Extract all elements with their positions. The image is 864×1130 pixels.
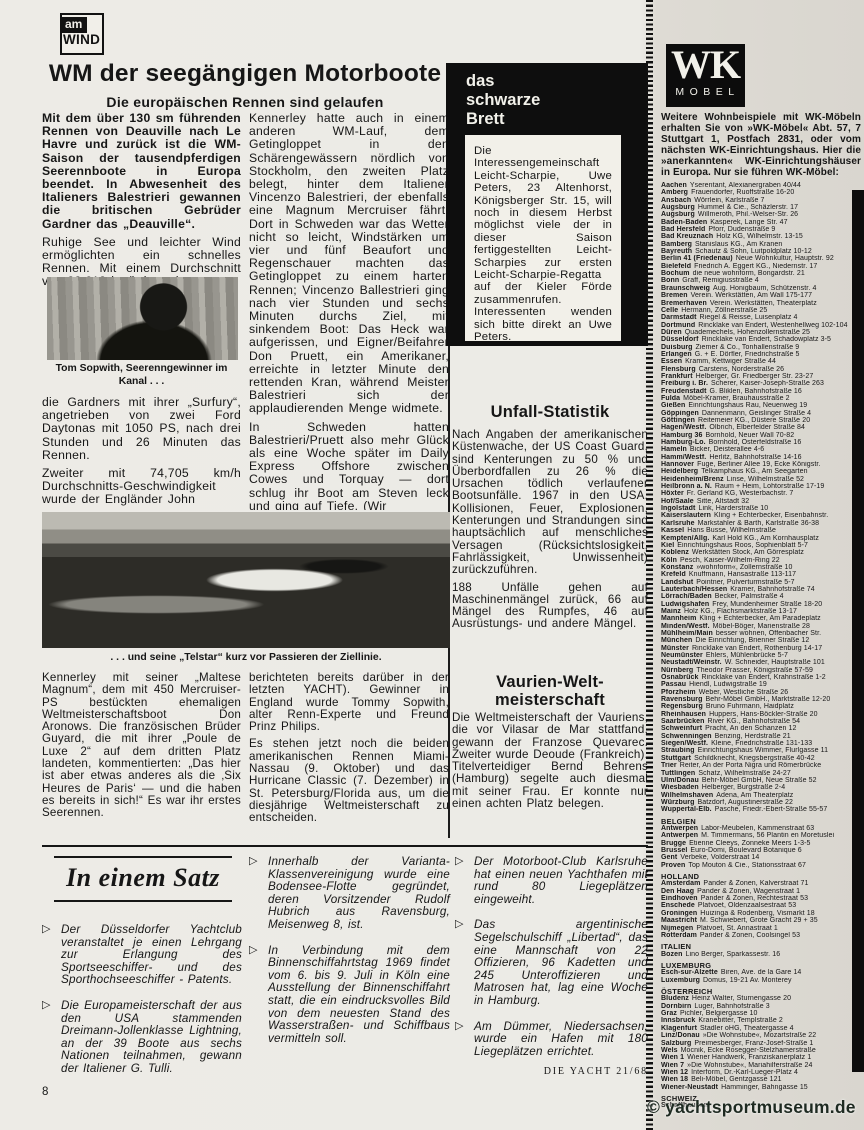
ad-dealer-city: Wien 18 bbox=[661, 1076, 688, 1083]
ad-dealer-entry: BozenLino Berger, Sparkassestr. 16 bbox=[661, 951, 864, 958]
magazine-page: am WIND WM der seegängigen Motorboote Di… bbox=[0, 0, 864, 1130]
ad-dealer-address: Benzing, Herdstraße 21 bbox=[715, 733, 791, 740]
ad-dealer-address: Kramm, Kettwiger Straße 44 bbox=[685, 358, 776, 365]
ad-dealer-city: Minden/Westf. bbox=[661, 623, 710, 630]
article-column-1-lower: Kennerley mit seiner „Maltese Magnum“, d… bbox=[42, 672, 241, 820]
news-column-2: ▷Innerhalb der Varianta-Klassenvereinigu… bbox=[249, 856, 450, 1058]
ad-dealer-city: Bamberg bbox=[661, 241, 692, 248]
ad-dealer-address: Herlitz, Bahnhofstraße 14-16 bbox=[709, 454, 801, 461]
ad-dealer-address: Möbel-Kramer, Brauhausstraße 2 bbox=[683, 395, 790, 402]
ad-dealer-entry: RheinhausenHuppers, Hans-Böckler-Straße … bbox=[661, 711, 864, 718]
article-column-1: Mit dem über 130 sm führenden Rennen von… bbox=[42, 112, 241, 289]
ad-dealer-entry: FlensburgCarstens, Norderstraße 26 bbox=[661, 366, 864, 373]
ad-dealer-entry: AntwerpenM. Timmermans, 56 Plantin en Mo… bbox=[661, 832, 864, 839]
ad-dealer-entry: WürzburgBatzdorf, Augustinerstraße 22 bbox=[661, 799, 864, 806]
ad-dealer-address: Helberger, Burgstraße 2-4 bbox=[702, 784, 785, 791]
ad-dealer-address: Hummel & Cie., Schäzlerstr. 17 bbox=[698, 204, 798, 211]
wk-logo-subtext: MOBEL bbox=[666, 86, 745, 98]
ad-dealer-city: Düsseldorf bbox=[661, 336, 699, 343]
ad-dealer-city: München bbox=[661, 637, 692, 644]
ad-dealer-city: Darmstadt bbox=[661, 314, 697, 321]
ad-dealer-address: Bornhold, Osterfeldstraße 16 bbox=[709, 439, 802, 446]
ad-dealer-address: Knuffmann, Hansastraße 113-117 bbox=[689, 571, 796, 578]
ad-dealer-entry: Hamburg-Lo.Bornhold, Osterfeldstraße 16 bbox=[661, 439, 864, 446]
ad-dealer-address: Quademechels, Hohenzollernstraße 25 bbox=[685, 329, 810, 336]
ad-dealer-entry: KlagenfurtStadler oHG, Theatergasse 4 bbox=[661, 1025, 864, 1032]
ad-country-header: ITALIEN bbox=[661, 943, 864, 950]
ad-dealer-address: Kling + Echterbecker, Eisenbahnstr. bbox=[714, 512, 828, 519]
ad-dealer-city: Maastricht bbox=[661, 917, 697, 924]
ad-dealer-city: Lauterbach/Hessen bbox=[661, 586, 727, 593]
ad-dealer-city: Hof/Saale bbox=[661, 498, 694, 505]
article-title: WM der seegängigen Motorboote bbox=[42, 60, 448, 87]
ad-country-header: LUXEMBURG bbox=[661, 962, 864, 969]
ad-dealer-city: Schwenningen bbox=[661, 733, 712, 740]
photo2-caption: . . . und seine „Telstar“ kurz vor Passi… bbox=[42, 652, 450, 665]
ad-dealer-entry: Bad KreuznachHolz KG, Wilhelmstr. 13-15 bbox=[661, 233, 864, 240]
article-paragraph: Es stehen jetzt noch die beiden amerikan… bbox=[249, 738, 449, 824]
ad-dealer-city: Neustadt/Weinstr. bbox=[661, 659, 722, 666]
ad-dealer-address: Rincklake van Endert, Schadowplatz 3-5 bbox=[702, 336, 831, 343]
tom-sopwith-photo bbox=[47, 277, 238, 360]
ad-dealer-city: Innsbruck bbox=[661, 1017, 695, 1024]
ad-dealer-address: W. Schneider, Hauptstraße 101 bbox=[725, 659, 825, 666]
ad-dealer-address: Die Einrichtung, Brienner Straße 12 bbox=[695, 637, 809, 644]
ad-dealer-address: Stanislaus KG., Am Kranen bbox=[695, 241, 782, 248]
ad-dealer-address: M. Timmermans, 56 Plantin en Moretuslei bbox=[701, 832, 834, 839]
news-item-text: Der Düsseldorfer Yachtclub veranstaltet … bbox=[61, 923, 242, 986]
ad-dealer-entry: LandshutPointner, Pulverturmstraße 5-7 bbox=[661, 579, 864, 586]
ad-dealer-address: Riegel & Reisse, Luisenplatz 4 bbox=[700, 314, 798, 321]
am-wind-logo: am WIND bbox=[60, 13, 104, 55]
ad-dealer-address: Hiendl, Ludwigstraße 19 bbox=[689, 681, 767, 688]
ad-dealer-address: Pforr, Dudenstraße 9 bbox=[708, 226, 775, 233]
ad-dealer-city: Hannover bbox=[661, 461, 694, 468]
article-paragraph: In Schweden hatten Balestrieri/Pruett al… bbox=[249, 421, 449, 510]
ad-dealer-city: Flensburg bbox=[661, 366, 696, 373]
ad-dealer-city: Erlangen bbox=[661, 351, 692, 358]
ad-dealer-entry: RavensburgBehr-Möbel GmbH., Marktstraße … bbox=[661, 696, 864, 703]
ad-dealer-entry: InnsbruckKranebitter, Templstraße 2 bbox=[661, 1017, 864, 1024]
ad-dealer-entry: GrazPichler, Belgiergasse 10 bbox=[661, 1010, 864, 1017]
news-item: ▷Innerhalb der Varianta-Klassenvereinigu… bbox=[249, 856, 450, 932]
ad-dealer-entry: Baden-BadenKasperek, Lange Str. 47 bbox=[661, 219, 864, 226]
ad-dealer-city: Trier bbox=[661, 762, 677, 769]
ad-dealer-city: Kassel bbox=[661, 527, 684, 534]
ad-dealer-entry: StraubingEinrichtungshaus Wimmer, Flurlg… bbox=[661, 747, 864, 754]
unfall-statistik-body: Nach Angaben der amerikanischen Küstenwa… bbox=[452, 429, 648, 631]
ad-dealer-city: Köln bbox=[661, 557, 677, 564]
article-paragraph-lead: Mit dem über 130 sm führenden Rennen von… bbox=[42, 112, 241, 231]
ad-dealer-city: Krefeld bbox=[661, 571, 686, 578]
ad-dealer-address: Kramer, Bahnhofstraße 74 bbox=[730, 586, 815, 593]
ad-dealer-city: Wien 1 bbox=[661, 1054, 684, 1061]
ad-dealer-entry: DürenQuademechels, Hohenzollernstraße 25 bbox=[661, 329, 864, 336]
ad-dealer-address: Telkamphaus KG., Am Seegarten bbox=[701, 468, 807, 475]
ad-dealer-city: Hagen/Westf. bbox=[661, 424, 706, 431]
article-paragraph: Kennerley mit seiner „Maltese Magnum“, d… bbox=[42, 672, 241, 820]
ad-dealer-address: Domus, 19-21 Av. Monterey bbox=[703, 977, 792, 984]
ad-dealer-city: Dornbirn bbox=[661, 1003, 691, 1010]
ad-dealer-entry: IngolstadtLink, Harderstraße 10 bbox=[661, 505, 864, 512]
ad-dealer-entry: AnsbachWörrlein, Karlstraße 7 bbox=[661, 197, 864, 204]
ad-dealer-entry: KarlsruheMarkstahler & Barth, Karlstraße… bbox=[661, 520, 864, 527]
ad-dealer-entry: SaarbrückenRiver KG., Bahnhofstraße 54 bbox=[661, 718, 864, 725]
ad-dealer-city: Wiener-Neustadt bbox=[661, 1084, 718, 1091]
ad-dealer-entry: Siegen/Westf.Kleine, Friedrichstraße 131… bbox=[661, 740, 864, 747]
ad-dealer-address: Olbrich, Elberfelder Straße 84 bbox=[709, 424, 805, 431]
ad-dealer-entry: GöttingenReitemeier KG., Düstere Straße … bbox=[661, 417, 864, 424]
ad-dealer-address: »Die Wohnstube«, Mariahilferstraße 24 bbox=[687, 1062, 812, 1069]
ad-dealer-city: Braunschweig bbox=[661, 285, 710, 292]
news-item: ▷Am Dümmer, Niedersachsen, wurde ein Haf… bbox=[455, 1021, 648, 1059]
ad-dealer-city: Wels bbox=[661, 1047, 678, 1054]
ad-dealer-address: Möbel-Böger, Marienstraße 28 bbox=[713, 623, 810, 630]
ad-dealer-entry: SalzburgPreimesberger, Franz-Josef-Straß… bbox=[661, 1040, 864, 1047]
ad-dealer-city: Dortmund bbox=[661, 322, 695, 329]
ad-dealer-entry: Kempten/Allg.Karl Hold KG., Am Kornhausp… bbox=[661, 535, 864, 542]
ad-dealer-entry: NürnbergTheodor Prasser, Königstraße 57-… bbox=[661, 667, 864, 674]
ad-dealer-entry: LudwigshafenFrey, Mundenheimer Straße 18… bbox=[661, 601, 864, 608]
ad-dealer-city: Celle bbox=[661, 307, 678, 314]
ad-dealer-entry: MünsterRincklake van Endert, Rothenburg … bbox=[661, 645, 864, 652]
ad-dealer-entry: GentVerbeke, Volderstraat 14 bbox=[661, 854, 864, 861]
ad-dealer-address: Euro-Domi, Boulevard Botanique 6 bbox=[690, 847, 801, 854]
ad-dealer-entry: EindhovenPander & Zonen, Rechtestraat 53 bbox=[661, 895, 864, 902]
ad-dealer-entry: Heilbronn a. N.Raum + Heim, Lohtorstraße… bbox=[661, 483, 864, 490]
ad-dealer-city: Bochum bbox=[661, 270, 690, 277]
ad-dealer-entry: Berlin 41 (Friedenau)Neue Wohnkultur, Ha… bbox=[661, 255, 864, 262]
ad-dealer-address: Carstens, Norderstraße 26 bbox=[699, 366, 784, 373]
ad-dealer-city: Bayreuth bbox=[661, 248, 692, 255]
ad-dealer-entry: KasselHans Busse, Wilhelmstraße bbox=[661, 527, 864, 534]
ad-dealer-entry: DüsseldorfRincklake van Endert, Schadowp… bbox=[661, 336, 864, 343]
section-divider bbox=[42, 845, 648, 847]
article-column-1-continued: die Gardners mit ihrer „Surfury“, angetr… bbox=[42, 396, 241, 507]
wk-moebel-logo: WK MOBEL bbox=[666, 44, 745, 107]
ad-dealer-entry: AntwerpenLabor-Meubelen, Kammenstraat 63 bbox=[661, 825, 864, 832]
ad-dealer-city: Freiburg i. Br. bbox=[661, 380, 708, 387]
triangle-bullet-icon: ▷ bbox=[249, 855, 258, 868]
ad-dealer-city: Nürnberg bbox=[661, 667, 693, 674]
news-item: ▷In Verbindung mit dem Binnenschiffahrts… bbox=[249, 945, 450, 1046]
ad-dealer-city: Salzburg bbox=[661, 1040, 691, 1047]
ad-dealer-city: Koblenz bbox=[661, 549, 689, 556]
ad-dealer-entry: Bad HersfeldPforr, Dudenstraße 9 bbox=[661, 226, 864, 233]
ad-dealer-address: Heinz Walter, Sturnengasse 20 bbox=[692, 995, 791, 1002]
ad-dealer-entry: AmbergFrauendorfer, Ruoffstraße 16-20 bbox=[661, 189, 864, 196]
ad-dealer-address: Dannenmann, Geislinger Straße 4 bbox=[702, 410, 811, 417]
ad-dealer-city: Kempten/Allg. bbox=[661, 535, 709, 542]
ad-dealer-entry: GießenEinrichtungshaus Rau, Neuenweg 19 bbox=[661, 402, 864, 409]
ad-dealer-city: Mühlheim/Main bbox=[661, 630, 713, 637]
ad-dealer-city: Göppingen bbox=[661, 410, 699, 417]
ad-dealer-address: Behr-Möbel GmbH, Neue Straße 52 bbox=[702, 777, 817, 784]
ad-dealer-entry: KrefeldKnuffmann, Hansastraße 113-117 bbox=[661, 571, 864, 578]
ad-dealer-address: Pracht, An den Schanzen 12 bbox=[705, 725, 796, 732]
ad-dealer-entry: ProvenTop Mouton & Cie., Stationsstraat … bbox=[661, 862, 864, 869]
ad-dealer-address: Bruno Fuhrmann, Haidplatz bbox=[706, 703, 794, 710]
ad-dealer-city: Bonn bbox=[661, 277, 679, 284]
ad-dealer-address: Pesch, Kaiser-Wilhelm-Ring 22 bbox=[680, 557, 780, 564]
ad-dealer-address: Werkstätten Stock, Am Görresplatz bbox=[692, 549, 804, 556]
ad-dealer-address: Kling + Echterbecker, Am Paradeplatz bbox=[699, 615, 820, 622]
ad-dealer-city: Bludenz bbox=[661, 995, 689, 1002]
ad-dealer-city: Amberg bbox=[661, 189, 688, 196]
ad-dealer-address: Fr. Gerland KG, Westerbachstr. 7 bbox=[687, 490, 794, 497]
ad-dealer-city: Bozen bbox=[661, 951, 683, 958]
ad-dealer-city: Ansbach bbox=[661, 197, 691, 204]
ad-dealer-entry: AugsburgHummel & Cie., Schäzlerstr. 17 bbox=[661, 204, 864, 211]
ad-dealer-address: Reitemeier KG., Düstere Straße 20 bbox=[698, 417, 810, 424]
ad-dealer-entry: BielefeldFriedrich A. Eggert KG., Nieder… bbox=[661, 263, 864, 270]
vaurien-title: Vaurien-Welt- meisterschaft bbox=[452, 674, 648, 709]
ad-dealer-address: Neue Wohnkultur, Hauptstr. 92 bbox=[736, 255, 834, 262]
news-item: ▷Der Düsseldorfer Yachtclub veranstaltet… bbox=[42, 924, 242, 987]
ad-dealer-address: Pichler, Belgiergasse 10 bbox=[680, 1010, 758, 1017]
ad-dealer-entry: LuxemburgDomus, 19-21 Av. Monterey bbox=[661, 977, 864, 984]
ad-dealer-address: Lino Berger, Sparkassestr. 16 bbox=[686, 951, 781, 958]
ad-dealer-address: Kleine, Friedrichstraße 131-133 bbox=[711, 740, 812, 747]
page-number: 8 bbox=[42, 1086, 48, 1098]
ad-dealer-city: Wiesbaden bbox=[661, 784, 699, 791]
ad-dealer-entry: Hagen/Westf.Olbrich, Elberfelder Straße … bbox=[661, 424, 864, 431]
ad-dealer-address: Theodor Prasser, Königstraße 57-59 bbox=[696, 667, 813, 674]
ad-dealer-address: Pander & Zonen, Rechtestraat 53 bbox=[701, 895, 808, 902]
ad-dealer-city: Augsburg bbox=[661, 204, 695, 211]
ad-dealer-address: Wörrlein, Karlstraße 7 bbox=[694, 197, 764, 204]
ad-dealer-address: Ehlers, Mühlenbrücke 5-7 bbox=[706, 652, 788, 659]
ad-dealer-city: Proven bbox=[661, 862, 685, 869]
ad-dealer-address: Luger, Bahnhofstraße 3 bbox=[694, 1003, 769, 1010]
ad-dealer-entry: KielEinrichtungshaus Roos, Sophienblatt … bbox=[661, 542, 864, 549]
news-item-text: In Verbindung mit dem Binnenschiffahrtst… bbox=[268, 944, 450, 1045]
ad-dealer-entry: BremerhavenVerein. Werkstätten, Theaterp… bbox=[661, 300, 864, 307]
am-wind-logo-bottom: WIND bbox=[62, 33, 102, 47]
ad-dealer-address: Frey, Mundenheimer Straße 18-20 bbox=[712, 601, 822, 608]
ad-dealer-city: Brussel bbox=[661, 847, 687, 854]
page-edge-bar bbox=[852, 190, 864, 1072]
article-paragraph: Nach Angaben der amerikanischen Küstenwa… bbox=[452, 429, 648, 577]
ad-dealer-address: Pander & Zonen, Coolsingel 53 bbox=[700, 932, 800, 939]
ad-dealer-address: Adena, Am Theaterplatz bbox=[716, 792, 793, 799]
ad-dealer-address: Wiener Handwerk, Franziskanerplatz 1 bbox=[687, 1054, 811, 1061]
ad-dealer-address: River KG., Bahnhofstraße 54 bbox=[708, 718, 801, 725]
ad-dealer-address: Rincklake van Endert, Westenhellweg 102-… bbox=[698, 322, 847, 329]
ad-dealer-city: Wilhelmshaven bbox=[661, 792, 713, 799]
in-einem-satz-box: In einem Satz bbox=[54, 856, 232, 902]
ad-dealer-address: Friedrich A. Eggert KG., Niedernstr. 17 bbox=[694, 263, 817, 270]
ad-dealer-address: Pander & Zonen, Wagenstraat 1 bbox=[697, 888, 800, 895]
ad-dealer-city: Göttingen bbox=[661, 417, 695, 424]
ad-dealer-address: Mocnik, Ecke Rosegger-Stelzhamerstraße bbox=[681, 1047, 816, 1054]
news-item-text: Die Europameisterschaft der aus den USA … bbox=[61, 999, 242, 1075]
ad-dealer-entry: Wien 12Interform, Dr.-Karl-Lueger-Platz … bbox=[661, 1069, 864, 1076]
schwarzes-brett-body: Die Interessengemeinschaft Leicht-Scharp… bbox=[474, 145, 612, 344]
article-column-2: Kennerley hatte auch in einem anderen WM… bbox=[249, 112, 449, 510]
wk-logo-text: WK bbox=[666, 44, 745, 86]
ad-dealer-city: Neumünster bbox=[661, 652, 703, 659]
ad-dealer-entry: AachenYserentant, Alexianergraben 40/44 bbox=[661, 182, 864, 189]
triangle-bullet-icon: ▷ bbox=[42, 923, 51, 936]
ad-dealer-entry: KoblenzWerkstätten Stock, Am Görresplatz bbox=[661, 549, 864, 556]
ad-dealer-city: Eindhoven bbox=[661, 895, 698, 902]
ad-dealer-entry: KölnPesch, Kaiser-Wilhelm-Ring 22 bbox=[661, 557, 864, 564]
ad-dealer-entry: MünchenDie Einrichtung, Brienner Straße … bbox=[661, 637, 864, 644]
ad-dealer-address: Preimesberger, Franz-Josef-Straße 1 bbox=[694, 1040, 813, 1047]
ad-dealer-entry: NeumünsterEhlers, Mühlenbrücke 5-7 bbox=[661, 652, 864, 659]
unfall-statistik-title: Unfall-Statistik bbox=[452, 404, 648, 422]
ad-dealer-entry: BambergStanislaus KG., Am Kranen bbox=[661, 241, 864, 248]
ad-dealer-entry: BraunschweigAug. Honigbaum, Schützenstr.… bbox=[661, 285, 864, 292]
ad-dealer-entry: BayreuthSchautz & Sohn, Luitpoldplatz 10… bbox=[661, 248, 864, 255]
ad-dealer-address: Verein. Werkstätten, Am Wall 175-177 bbox=[691, 292, 813, 299]
ad-dealer-city: Ludwigshafen bbox=[661, 601, 709, 608]
ad-dealer-entry: BrusselEuro-Domi, Boulevard Botanique 6 bbox=[661, 847, 864, 854]
ad-dealer-city: Kaiserslautern bbox=[661, 512, 711, 519]
ad-dealer-address: Weber, Westliche Straße 26 bbox=[699, 689, 789, 696]
ad-dealer-city: Frankfurt bbox=[661, 373, 693, 380]
ad-dealer-entry: WiesbadenHelberger, Burgstraße 2-4 bbox=[661, 784, 864, 791]
ad-dealer-address: Einrichtungshaus Roos, Sophienblatt 5-7 bbox=[677, 542, 808, 549]
ad-dealer-address: Platvoet, Oldenzaalsestraat 53 bbox=[698, 902, 796, 909]
ad-dealer-entry: FrankfurtHelberger, Gr. Friedberger Str.… bbox=[661, 373, 864, 380]
ad-dealer-entry: BonnGraff, Remigiusstraße 4 bbox=[661, 277, 864, 284]
ad-dealer-address: Becker, Palmstraße 4 bbox=[715, 593, 784, 600]
ad-dealer-entry: TrierReiter, An der Porta Nigra und Röme… bbox=[661, 762, 864, 769]
ad-dealer-address: Einrichtungshaus Wimmer, Flurlgasse 11 bbox=[698, 747, 829, 754]
triangle-bullet-icon: ▷ bbox=[455, 855, 464, 868]
schwarzes-brett-panel: Die Interessengemeinschaft Leicht-Scharp… bbox=[465, 135, 621, 341]
ad-dealer-address: Fuge, Berliner Allee 19, Ecke Königstr. bbox=[697, 461, 820, 468]
ad-dealer-city: Osnabrück bbox=[661, 674, 698, 681]
article-column-2-lower: berichteten bereits darüber in der letzt… bbox=[249, 672, 449, 825]
ad-dealer-entry: Linz/Donau»Die Wohnstube«, Mozartstraße … bbox=[661, 1032, 864, 1039]
ad-dealer-address: Markstahler & Barth, Karlstraße 36-38 bbox=[698, 520, 820, 527]
ad-dealer-city: Rheinhausen bbox=[661, 711, 706, 718]
ad-dealer-address: Huppers, Hans-Böckler-Straße 20 bbox=[709, 711, 818, 718]
ad-dealer-city: Linz/Donau bbox=[661, 1032, 700, 1039]
ad-dealer-entry: WelsMocnik, Ecke Rosegger-Stelzhamerstra… bbox=[661, 1047, 864, 1054]
ad-dealer-city: Groningen bbox=[661, 910, 697, 917]
ad-dealer-city: Pforzheim bbox=[661, 689, 696, 696]
ad-dealer-city: Esch-sur-Alzette bbox=[661, 969, 718, 976]
ad-dealer-city: Mannheim bbox=[661, 615, 696, 622]
ad-dealer-city: Tuttlingen bbox=[661, 770, 695, 777]
ad-dealer-address: Biren, Ave. de la Gare 14 bbox=[721, 969, 802, 976]
ad-dealer-address: Kasperek, Lange Str. 47 bbox=[710, 219, 787, 226]
ad-dealer-city: Schweinfurt bbox=[661, 725, 702, 732]
ad-dealer-address: »Die Wohnstube«, Mozartstraße 22 bbox=[703, 1032, 817, 1039]
ad-dealer-address: Yserentant, Alexianergraben 40/44 bbox=[690, 182, 801, 189]
news-item: ▷Die Europameisterschaft der aus den USA… bbox=[42, 1000, 242, 1076]
ad-dealer-entry: RotterdamPander & Zonen, Coolsingel 53 bbox=[661, 932, 864, 939]
ad-dealer-city: Ravensburg bbox=[661, 696, 702, 703]
ad-dealer-address: M. Schwiebert, Grote Gracht 29 + 35 bbox=[700, 917, 818, 924]
ad-dealer-city: Bremen bbox=[661, 292, 688, 299]
ad-dealer-city: Antwerpen bbox=[661, 832, 698, 839]
ad-dealer-address: Verbeke, Volderstraat 14 bbox=[680, 854, 759, 861]
ad-dealer-entry: RegensburgBruno Fuhrmann, Haidplatz bbox=[661, 703, 864, 710]
ad-dealer-entry: Konstanz»wohnform«, Zollernstraße 10 bbox=[661, 564, 864, 571]
ad-dealer-entry: AmsterdamPander & Zonen, Kalverstraat 71 bbox=[661, 880, 864, 887]
ad-dealer-city: Baden-Baden bbox=[661, 219, 707, 226]
ad-dealer-address: Pasche, Friedr.-Ebert-Straße 55-57 bbox=[715, 806, 828, 813]
ad-dealer-entry: Esch-sur-AlzetteBiren, Ave. de la Gare 1… bbox=[661, 969, 864, 976]
news-item-text: Am Dümmer, Niedersachsen, wurde ein Hafe… bbox=[474, 1020, 648, 1058]
ad-dealer-city: Saarbrücken bbox=[661, 718, 705, 725]
ad-dealer-address: Platvoet, St. Annastraat 1 bbox=[696, 925, 778, 932]
ad-dealer-city: Düren bbox=[661, 329, 682, 336]
ad-dealer-entry: MannheimKling + Echterbecker, Am Paradep… bbox=[661, 615, 864, 622]
ad-dealer-entry: OsnabrückRincklake van Endert, Krahnstra… bbox=[661, 674, 864, 681]
ad-dealer-city: Höxter bbox=[661, 490, 684, 497]
schwarzes-brett-box: das schwarze Brett Die Interessengemeins… bbox=[446, 63, 648, 346]
ad-dealer-city: Amsterdam bbox=[661, 880, 700, 887]
ad-dealer-city: Wuppertal-Elb. bbox=[661, 806, 712, 813]
article-paragraph: Zweiter mit 74,705 km/h Durchschnitts-Ge… bbox=[42, 467, 241, 507]
ad-dealer-city: Essen bbox=[661, 358, 682, 365]
ad-dealer-city: Enschede bbox=[661, 902, 695, 909]
ad-dealer-address: Linse, Wilhelmstraße 52 bbox=[727, 476, 804, 483]
ad-dealer-entry: PforzheimWeber, Westliche Straße 26 bbox=[661, 689, 864, 696]
ad-dealer-address: Schautz & Sohn, Luitpoldplatz 10-12 bbox=[695, 248, 812, 255]
ad-dealer-city: Bielefeld bbox=[661, 263, 691, 270]
ad-dealer-entry: Wien 7»Die Wohnstube«, Mariahilferstraße… bbox=[661, 1062, 864, 1069]
ad-dealer-city: Kiel bbox=[661, 542, 674, 549]
ad-dealer-entry: Hof/SaaleSitte, Altstadt 32 bbox=[661, 498, 864, 505]
ad-dealer-city: Bad Hersfeld bbox=[661, 226, 705, 233]
ad-dealer-address: Graff, Remigiusstraße 4 bbox=[682, 277, 758, 284]
news-item-text: Der Motorboot-Club Karlsruhe hat einen n… bbox=[474, 855, 648, 906]
ad-dealer-address: Etienne Cleeys, Zonneke Meers 1-3-5 bbox=[689, 840, 810, 847]
ad-dealer-city: Straubing bbox=[661, 747, 695, 754]
ad-dealer-city: Konstanz bbox=[661, 564, 693, 571]
ad-dealer-entry: MaastrichtM. Schwiebert, Grote Gracht 29… bbox=[661, 917, 864, 924]
ad-dealer-entry: Lörrach/BadenBecker, Palmstraße 4 bbox=[661, 593, 864, 600]
ad-dealer-entry: BremenVerein. Werkstätten, Am Wall 175-1… bbox=[661, 292, 864, 299]
ad-dealer-entry: SchweinfurtPracht, An den Schanzen 12 bbox=[661, 725, 864, 732]
triangle-bullet-icon: ▷ bbox=[455, 1020, 464, 1033]
ad-dealer-address: besser wohnen, Offenbacher Str. bbox=[716, 630, 821, 637]
ad-dealer-address: Behr-Möbel GmbH., Marktstraße 12-20 bbox=[705, 696, 830, 703]
ad-dealer-entry: MainzHolz KG., Flachsmarktstraße 13-17 bbox=[661, 608, 864, 615]
triangle-bullet-icon: ▷ bbox=[42, 999, 51, 1012]
am-wind-logo-top: am bbox=[62, 17, 87, 33]
ad-dealer-entry: TuttlingenSchatz, Wilhelmstraße 24-27 bbox=[661, 770, 864, 777]
ad-dealer-city: Landshut bbox=[661, 579, 693, 586]
ad-dealer-entry: EssenKramm, Kettwiger Straße 44 bbox=[661, 358, 864, 365]
ad-dealer-city: Heidenheim/Brenz bbox=[661, 476, 724, 483]
schwarzes-brett-title: das schwarze Brett bbox=[466, 72, 540, 129]
ad-dealer-entry: AugsburgWillmeroth, Phil.-Welser-Str. 26 bbox=[661, 211, 864, 218]
ad-dealer-entry: Bochumdie neue wohnform, Bongardstr. 21 bbox=[661, 270, 864, 277]
article-subtitle: Die europäischen Rennen sind gelaufen bbox=[42, 94, 448, 110]
ad-dealer-entry: NijmegenPlatvoet, St. Annastraat 1 bbox=[661, 925, 864, 932]
ad-dealer-city: Heilbronn a. N. bbox=[661, 483, 712, 490]
ad-dealer-address: Scherer, Kaiser-Joseph-Straße 263 bbox=[711, 380, 824, 387]
article-paragraph: Die Weltmeisterschaft der Vauriens, die … bbox=[452, 712, 648, 810]
ad-dealer-city: Rotterdam bbox=[661, 932, 697, 939]
ad-dealer-entry: ErlangenG. + E. Dörfler, Friedrichstraße… bbox=[661, 351, 864, 358]
ad-dealer-city: Würzburg bbox=[661, 799, 694, 806]
article-paragraph: 188 Unfälle gehen auf Maschinenmängel zu… bbox=[452, 582, 648, 631]
ad-dealer-address: Link, Harderstraße 10 bbox=[698, 505, 768, 512]
ad-dealer-city: Münster bbox=[661, 645, 689, 652]
ad-dealer-address: Pander & Zonen, Kalverstraat 71 bbox=[703, 880, 808, 887]
ad-dealer-address: Willmeroth, Phil.-Welser-Str. 26 bbox=[698, 211, 798, 218]
news-item: ▷Der Motorboot-Club Karlsruhe hat einen … bbox=[455, 856, 648, 906]
